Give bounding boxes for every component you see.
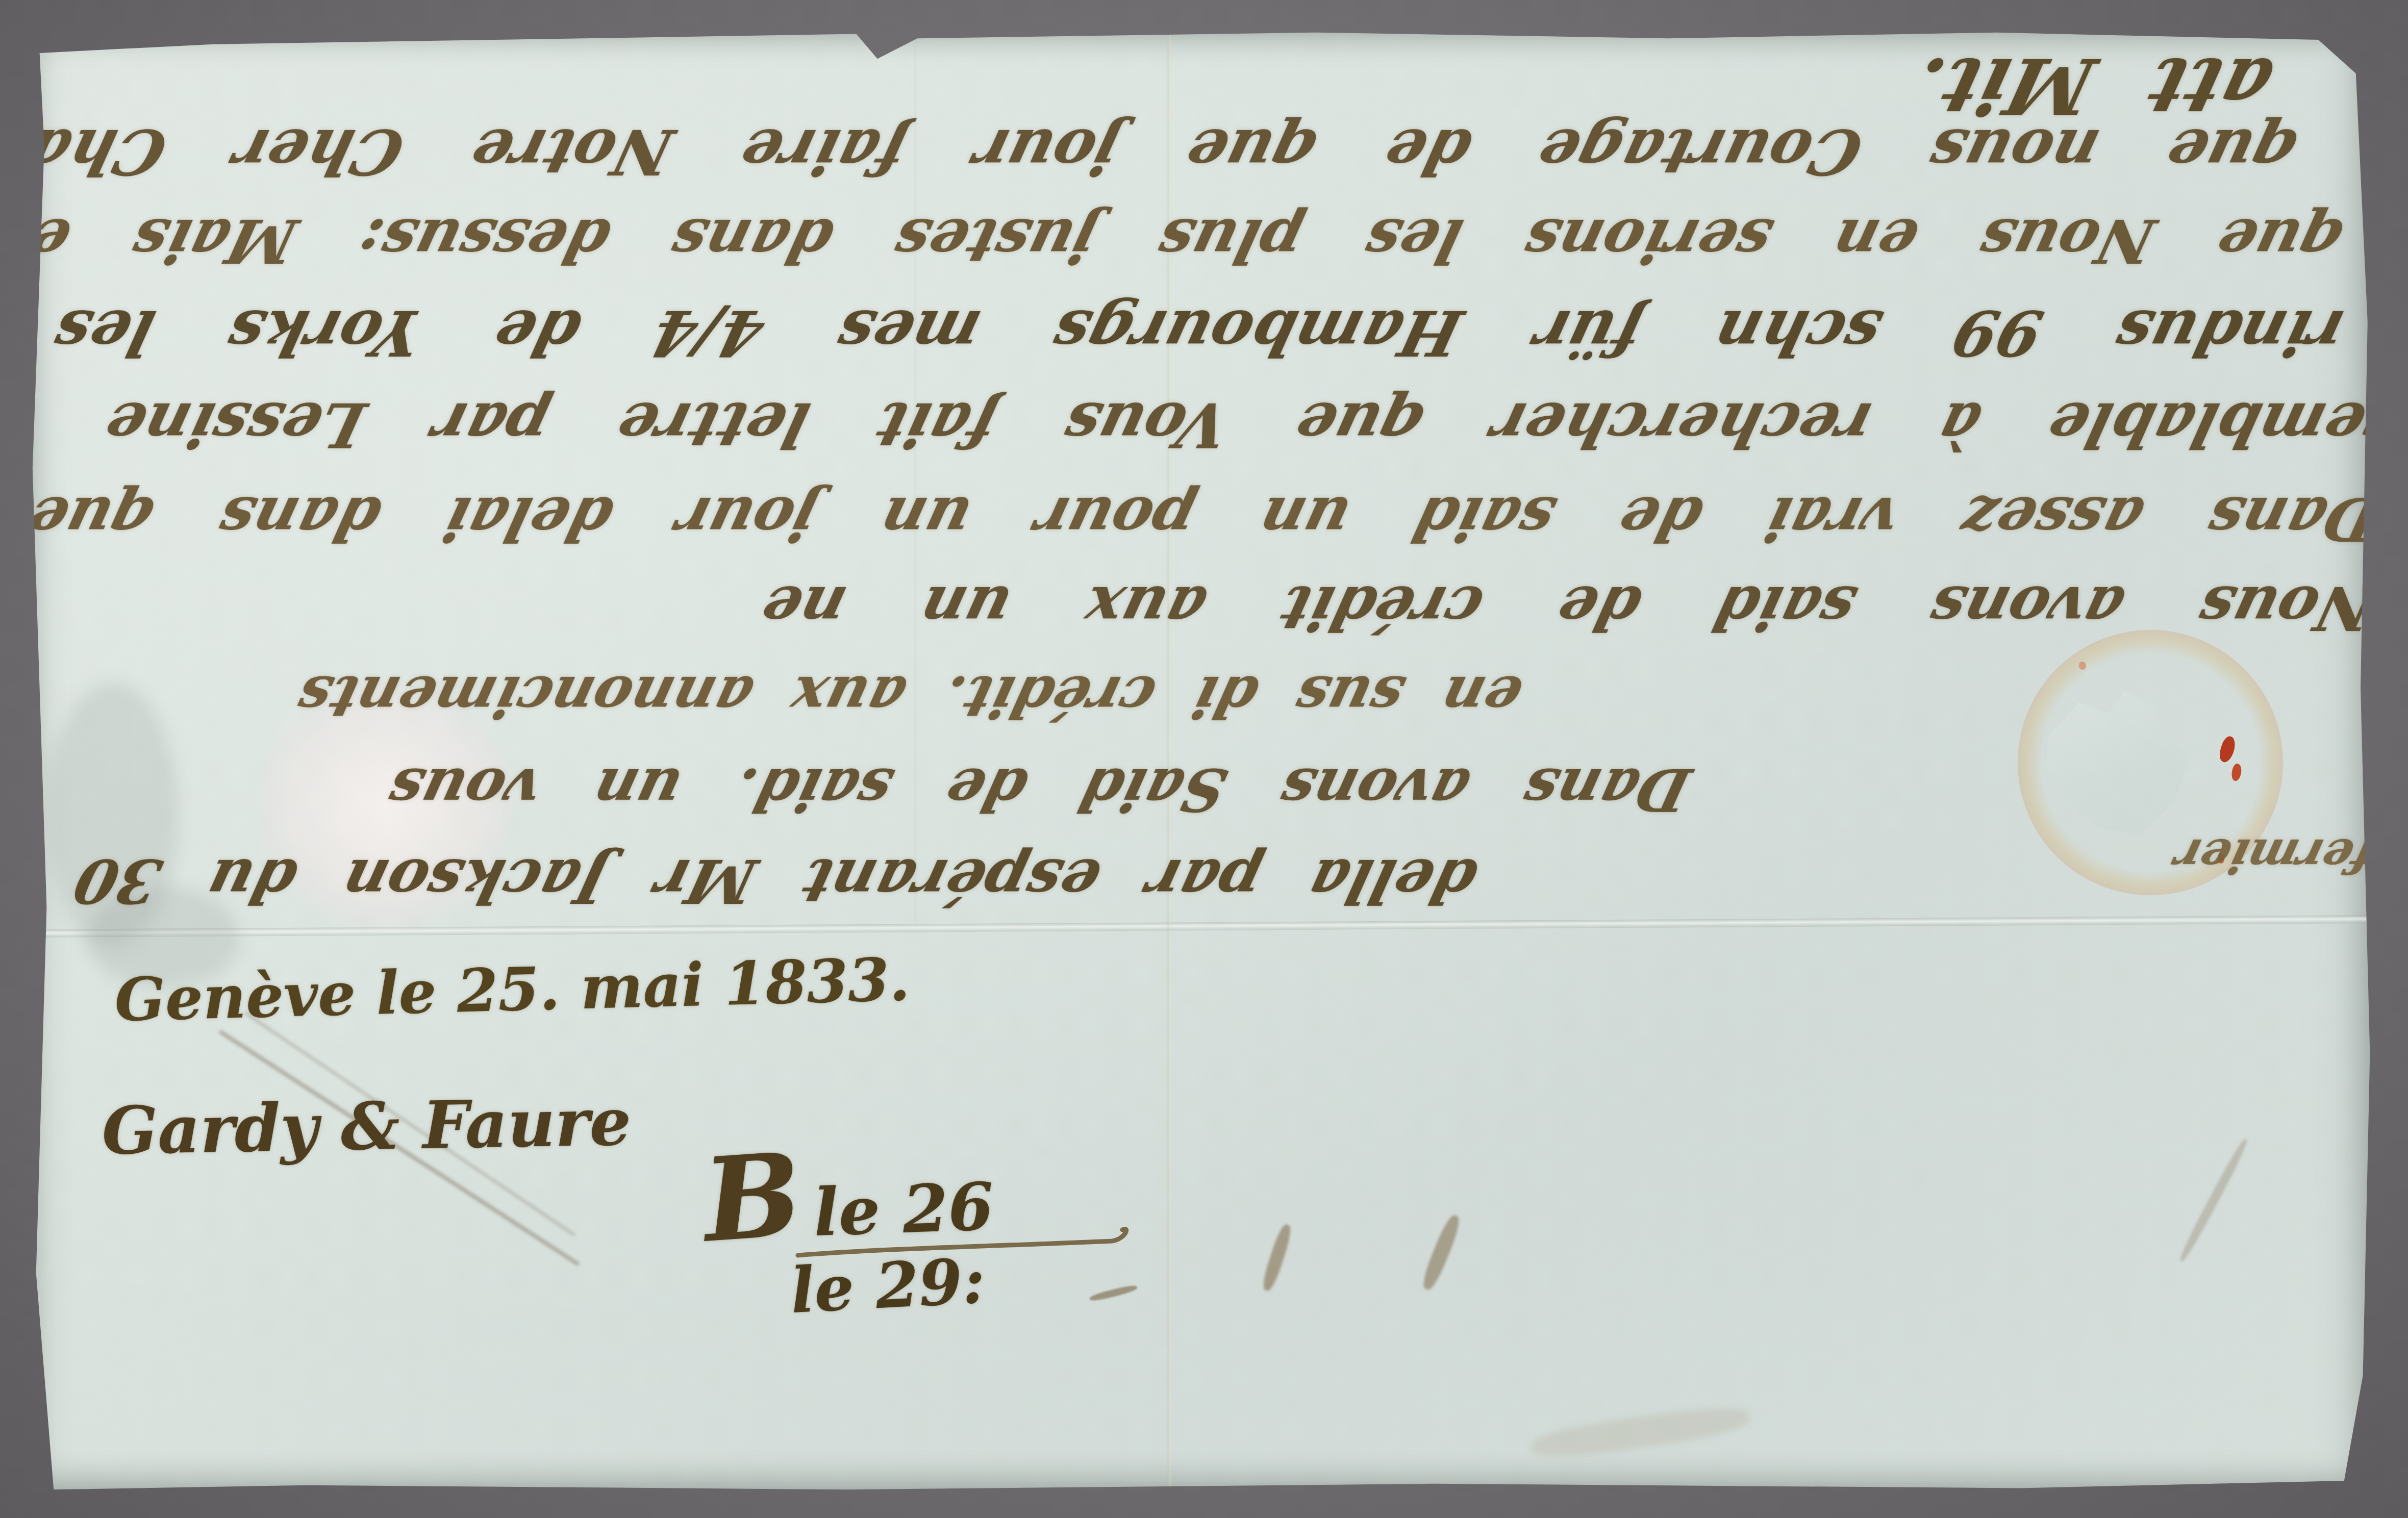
ghost-ink-stroke bbox=[1260, 1223, 1294, 1292]
paper-sheet: att Mit.que nous Courtage de que jour fa… bbox=[26, 30, 2372, 1492]
scan-backdrop: { "meta": { "description": "Back panel o… bbox=[0, 0, 2408, 1518]
script-line: fermier bbox=[2101, 790, 2389, 922]
dateline-text: Genève le 25. mai 1833. bbox=[114, 945, 911, 1035]
ghost-ink-stroke bbox=[1419, 1213, 1463, 1292]
docket-initial: B bbox=[699, 1127, 806, 1269]
docket-note-answered: le 29: bbox=[789, 1244, 987, 1327]
ghost-ink-stroke bbox=[1089, 1284, 1138, 1303]
signature-text: Gardy & Faure bbox=[102, 1084, 632, 1170]
script-line: della par espérant Mr Jackson du 30 Just… bbox=[15, 818, 1490, 945]
ghost-ink-stroke bbox=[1529, 1402, 1751, 1462]
ghost-ink-stroke bbox=[2177, 1137, 2250, 1263]
